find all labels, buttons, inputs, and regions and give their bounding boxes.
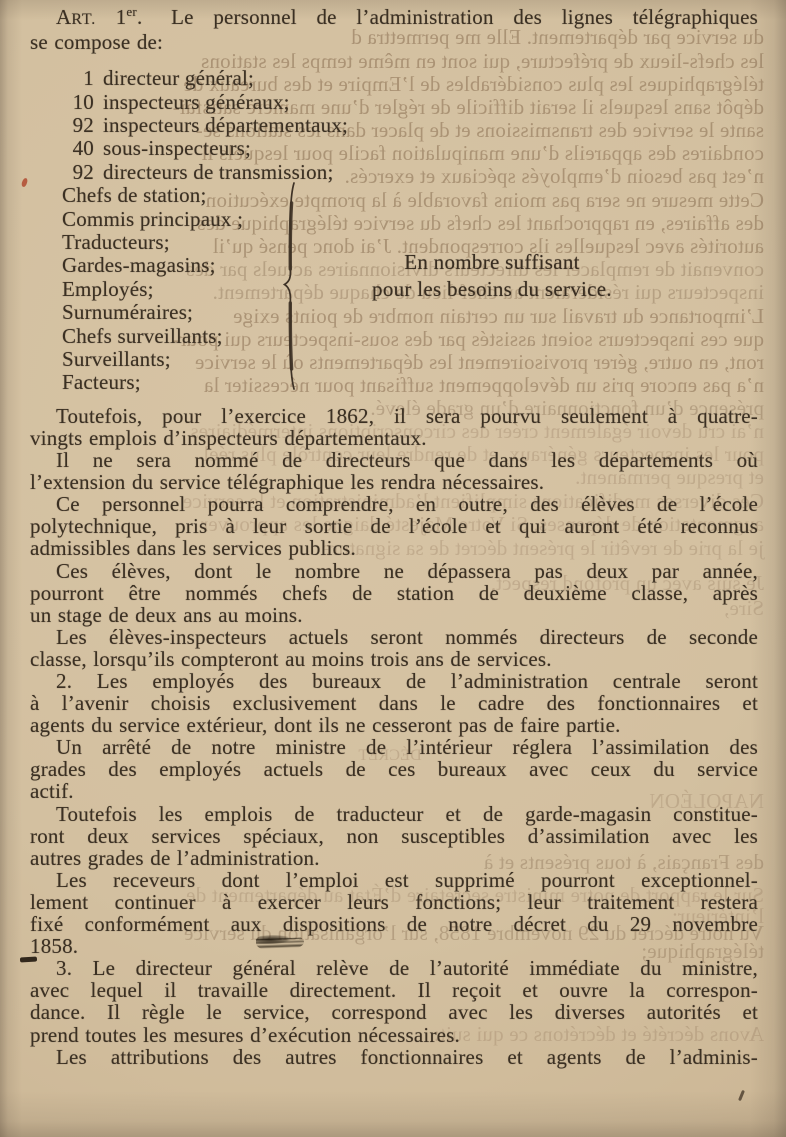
text-line: pourront être nommés chefs de station de… <box>30 582 758 604</box>
staff-list-item: Commis principaux ; <box>62 208 758 231</box>
text-line: 2. Les employés des bureaux de l’adminis… <box>30 670 758 692</box>
text-line: prend toutes les mesures d’exécution néc… <box>30 1024 758 1046</box>
text-line: lement continuer à exercer leurs fonctio… <box>30 891 758 913</box>
text-line: Un arrêté de notre ministre de l’intérie… <box>30 736 758 758</box>
text-line: Il ne sera nommé de directeurs que dans … <box>30 449 758 471</box>
text-line: Toutefois les emplois de traducteur et d… <box>30 803 758 825</box>
staff-list-item: Surnuméraires; <box>62 301 758 324</box>
text-line: un stage de deux ans au moins. <box>30 604 758 626</box>
staff-list-item: Chefs surveillants; <box>62 325 758 348</box>
staff-title: Surnuméraires; <box>62 300 193 324</box>
article-intro-text: Le personnel de l’administration des lig… <box>151 5 758 29</box>
staff-list: 1directeur général; 10inspecteurs généra… <box>62 67 758 395</box>
staff-title: sous-inspecteurs; <box>103 136 251 160</box>
staff-list-item: Facteurs; <box>62 371 758 394</box>
staff-title: Facteurs; <box>62 370 141 394</box>
text-line: actif. <box>30 780 758 802</box>
text-line: ront deux services spéciaux, non suscept… <box>30 825 758 847</box>
staff-title: directeurs de transmission; <box>103 160 334 184</box>
staff-list-item: Traducteurs; <box>62 231 758 254</box>
ink-dash <box>20 957 37 963</box>
text-line: agents du service extérieur, dont ils ne… <box>30 714 758 736</box>
staff-list-item: 1directeur général; <box>62 67 758 90</box>
staff-list-item: Surveillants; <box>62 348 758 371</box>
article-1-opening-line2: se compose de: <box>30 31 758 53</box>
staff-title: Chefs de station; <box>62 183 207 207</box>
staff-title: inspecteurs généraux; <box>103 90 290 114</box>
staff-title: Employés; <box>62 277 154 301</box>
staff-list-item: 92directeurs de transmission; <box>62 161 758 184</box>
text-layer: Art. 1er. Le personnel de l’administrati… <box>0 0 786 1137</box>
article-label-initial: A <box>56 5 71 29</box>
staff-count: 1 <box>62 67 94 90</box>
scanned-page: du service par département. Elle me perm… <box>0 0 786 1137</box>
staff-list-item: Employés; <box>62 278 758 301</box>
text-line: avec lequel il travaille directement. Il… <box>30 979 758 1001</box>
text-line: Toutefois, pour l’exercice 1862, il sera… <box>30 405 758 427</box>
article-number: 1 <box>96 5 126 29</box>
staff-title: inspecteurs départementaux; <box>103 113 348 137</box>
text-line: Les receveurs dont l’emploi est supprimé… <box>30 869 758 891</box>
staff-title: Surveillants; <box>62 347 171 371</box>
text-line: l’extension du service télégraphique les… <box>30 471 758 493</box>
text-line: polytechnique, pris à leur sortie de l’é… <box>30 515 758 537</box>
staff-title: Chefs surveillants; <box>62 324 223 348</box>
staff-list-item: 10inspecteurs généraux; <box>62 91 758 114</box>
article-number-suffix: er <box>126 4 137 19</box>
text-line: Ce personnel pourra comprendre, en outre… <box>30 493 758 515</box>
article-number-period: . <box>137 5 142 29</box>
staff-list-item: Chefs de station; <box>62 184 758 207</box>
text-line: admissibles dans les services publics. <box>30 537 758 559</box>
staff-count: 92 <box>62 161 94 184</box>
text-line: vingts emplois d’inspecteurs département… <box>30 427 758 449</box>
article-1-opening-line: Art. 1er. Le personnel de l’administrati… <box>30 6 758 31</box>
text-line: Les élèves-inspecteurs actuels seront no… <box>30 626 758 648</box>
staff-count: 40 <box>62 137 94 160</box>
staff-count: 10 <box>62 91 94 114</box>
text-line: 3. Le directeur général relève de l’auto… <box>30 957 758 979</box>
staff-title: Commis principaux ; <box>62 207 243 231</box>
text-line: classe, lorsqu’ils compteront au moins t… <box>30 648 758 670</box>
staff-title: Traducteurs; <box>62 230 170 254</box>
text-line: Ces élèves, dont le nombre ne dépassera … <box>30 560 758 582</box>
staff-title: Gardes-magasins; <box>62 253 216 277</box>
text-line: à l’avenir choisis exclusivement dans le… <box>30 692 758 714</box>
staff-list-item: Gardes-magasins; <box>62 254 758 277</box>
staff-list-item: 40sous-inspecteurs; <box>62 137 758 160</box>
article-label-smallcaps: rt. <box>71 11 96 28</box>
text-line: autres grades de l’administration. <box>30 847 758 869</box>
text-line: fixé conformément aux dispositions de no… <box>30 913 758 935</box>
text-line: grades des employés actuels de ces burea… <box>30 758 758 780</box>
text-line: dance. Il règle le service, correspond a… <box>30 1001 758 1023</box>
article-label: Art. <box>56 5 96 29</box>
text-line: 1858. <box>30 935 758 957</box>
staff-title: directeur général; <box>103 66 254 90</box>
staff-list-item: 92inspecteurs départementaux; <box>62 114 758 137</box>
text-line: Les attributions des autres fonctionnair… <box>30 1046 758 1068</box>
body-block: Toutefois, pour l’exercice 1862, il sera… <box>30 405 758 1068</box>
staff-count: 92 <box>62 114 94 137</box>
